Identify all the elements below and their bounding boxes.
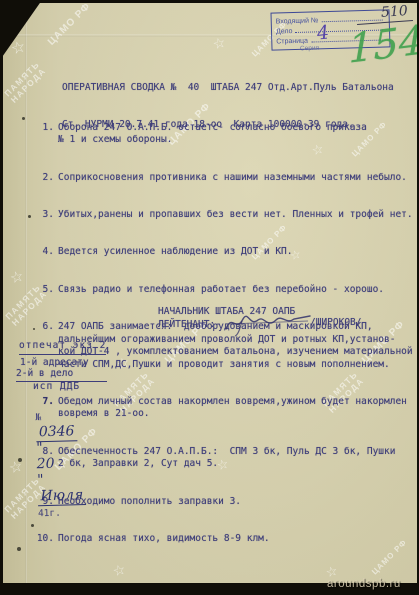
item-text: Убитых,ранены и пропавших без вести нет.… bbox=[58, 209, 413, 221]
item-number: 3. bbox=[33, 209, 54, 221]
report-item: 1.Оборона 247 О.А.П.Б. остаетс- согласно… bbox=[33, 122, 416, 147]
handwritten-delo-number: 4 bbox=[316, 21, 330, 44]
paper-speck bbox=[22, 117, 25, 120]
scanned-document-page: ЦАМО РФ ☆ ПАМЯТЬ НАРОДА ☆ ЦАМО РФ ЦАМО Р… bbox=[0, 0, 419, 595]
signature-name: /ШИРОКОВ/ bbox=[310, 317, 361, 329]
star-watermark: ☆ bbox=[8, 267, 26, 288]
item-number: 5. bbox=[33, 284, 54, 296]
star-watermark: ☆ bbox=[211, 35, 227, 54]
report-item: 5.Связь радио и телефонная работает без … bbox=[33, 284, 416, 296]
item-text: Обедом личный состав накормлен вовремя,у… bbox=[58, 396, 407, 421]
document-number-date-line: № 0346 " 20 " Июля 41г. bbox=[8, 391, 87, 537]
report-item: 8.Обеспеченность 247 О.А.П.Б.: СПМ 3 бк,… bbox=[33, 446, 416, 471]
copies-printed-line: отпечат экз 2 bbox=[19, 340, 106, 355]
camo-watermark: ЦАМО РФ bbox=[46, 1, 93, 48]
scan-edge-top bbox=[0, 0, 419, 3]
item-text: Соприкосновения противника с нашими назе… bbox=[58, 172, 407, 184]
stamp-delo-label: Дело bbox=[276, 28, 293, 35]
report-item: 10.Погода ясная тихо, видимость 8-9 клм. bbox=[33, 533, 416, 545]
handwritten-incoming-number: 510 bbox=[380, 3, 408, 21]
item-text: Погода ясная тихо, видимость 8-9 клм. bbox=[58, 533, 270, 545]
handwritten-day: 20 bbox=[36, 456, 54, 472]
paper-sheet: ЦАМО РФ ☆ ПАМЯТЬ НАРОДА ☆ ЦАМО РФ ЦАМО Р… bbox=[0, 0, 419, 595]
typed-year: 41г. bbox=[38, 508, 61, 520]
item-text: Ведется усиленное наблюдение из ДОТ и КП… bbox=[58, 246, 293, 258]
scan-edge-left bbox=[0, 0, 3, 595]
quote-mark: " bbox=[36, 440, 43, 456]
quote-mark: " bbox=[37, 472, 44, 488]
item-number: 2. bbox=[33, 172, 54, 184]
stamp-serial-label: Серия bbox=[300, 45, 319, 53]
item-text: Связь радио и телефонная работает без пе… bbox=[58, 284, 384, 296]
item-text: Оборона 247 О.А.П.Б. остаетс- согласно б… bbox=[58, 122, 367, 147]
signature-rank-line: ЛЕЙТЕНАНТ:- bbox=[158, 319, 221, 331]
punch-hole bbox=[17, 547, 21, 551]
report-item: 2.Соприкосновения противника с нашими на… bbox=[33, 172, 416, 184]
handwritten-signature bbox=[222, 309, 314, 341]
memory-watermark-line1: ПАМЯТЬ bbox=[3, 60, 42, 99]
paper-speck bbox=[28, 215, 31, 218]
punch-hole bbox=[18, 458, 22, 462]
title-line1: ОПЕРАТИВНАЯ СВОДКА № 40 ШТАБА 247 Отд.Ар… bbox=[62, 82, 394, 94]
item-number: 1. bbox=[33, 122, 54, 147]
stamp-leader-line bbox=[321, 13, 383, 23]
handwritten-month: Июля bbox=[37, 487, 86, 506]
report-item: 3.Убитых,ранены и пропавших без вести не… bbox=[33, 209, 416, 221]
aroundspb-watermark: aroundspb.ru bbox=[327, 578, 401, 590]
report-item: 4.Ведется усиленное наблюдение из ДОТ и … bbox=[33, 246, 416, 258]
item-number: 4. bbox=[33, 246, 54, 258]
item-text: Обеспеченность 247 О.А.П.Б.: СПМ 3 бк, П… bbox=[58, 446, 395, 471]
punch-hole bbox=[31, 524, 34, 527]
report-item: 7.Обедом личный состав накормлен вовремя… bbox=[33, 396, 416, 421]
paper-speck bbox=[33, 328, 35, 330]
number-sign: № bbox=[35, 412, 41, 423]
report-item: 9.Необходимо пополнить заправки 3. bbox=[33, 496, 416, 508]
